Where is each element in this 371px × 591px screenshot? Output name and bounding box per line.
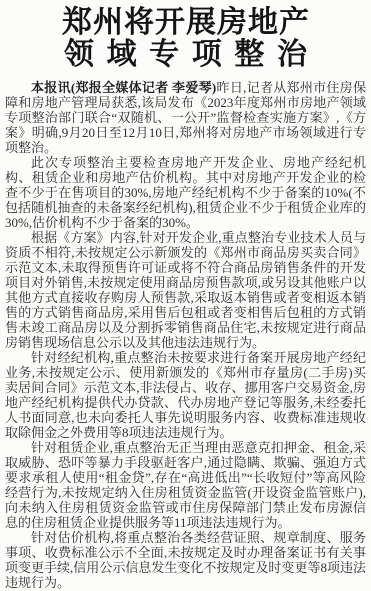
article-body: 本报讯(郑报全媒体记者 李爱琴)昨日,记者从郑州市住房保障和房地产管理局获悉,该… (5, 80, 366, 590)
byline: 本报讯(郑报全媒体记者 李爱琴) (31, 80, 216, 95)
headline-line-1: 郑州将开展房地产 (5, 7, 366, 39)
paragraph-intro: 本报讯(郑报全媒体记者 李爱琴)昨日,记者从郑州市住房保障和房地产管理局获悉,该… (5, 80, 366, 155)
headline-line-2: 领域专项整治 (5, 39, 366, 71)
paragraph-appraisal-agencies: 针对估价机构,将重点整治各类经营证照、规章制度、服务事项、收费标准公示不全面,未… (5, 530, 366, 590)
paragraph-inspection-scope: 此次专项整治主要检查房地产开发企业、房地产经纪机构、租赁企业和房地产估价机构。其… (5, 155, 366, 230)
paragraph-rental-companies: 针对租赁企业,重点整治无正当理由恶意克扣押金、租金,采取威胁、恐吓等暴力手段驱赶… (5, 440, 366, 530)
paragraph-developers: 根据《方案》内容,针对开发企业,重点整治专业技术人员与资质不相符,未按规定公示新… (5, 230, 366, 350)
article-headline: 郑州将开展房地产 领域专项整治 (5, 7, 366, 71)
paragraph-brokerages: 针对经纪机构,重点整治未按要求进行备案开展房地产经纪业务,未按规定公示、使用新颁… (5, 350, 366, 440)
newspaper-article-page: 郑州将开展房地产 领域专项整治 本报讯(郑报全媒体记者 李爱琴)昨日,记者从郑州… (0, 0, 371, 591)
